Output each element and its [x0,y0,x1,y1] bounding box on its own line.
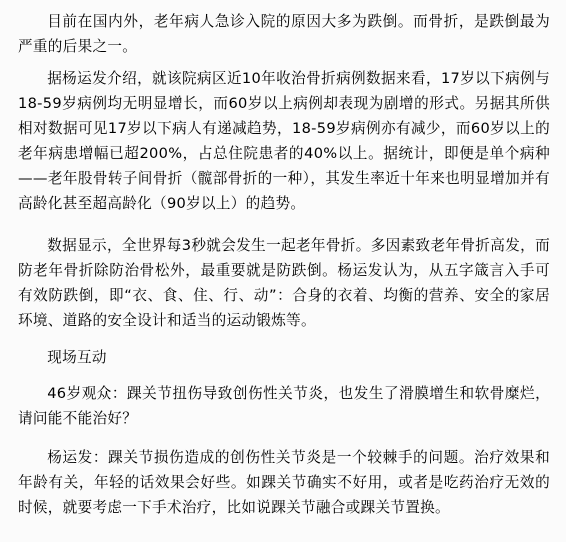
paragraph-prevention: 数据显示，全世界每3秒就会发生一起老年骨折。多因素致老年骨折高发，而防老年骨折除… [18,233,550,333]
paragraph-doctor-answer: 杨运发：踝关节损伤造成的创伤性关节炎是一个较棘手的问题。治疗效果和年龄有关，年轻… [18,445,550,520]
article-body: 目前在国内外，老年病人急诊入院的原因大多为跌倒。而骨折，是跌倒最为严重的后果之一… [0,0,566,542]
paragraph-fall-causes: 目前在国内外，老年病人急诊入院的原因大多为跌倒。而骨折，是跌倒最为严重的后果之一… [18,9,550,59]
section-heading-live-interaction: 现场互动 [18,345,550,370]
paragraph-fracture-statistics: 据杨运发介绍，就该院病区近10年收治骨折病例数据来看，17岁以下病例与18-59… [18,66,550,216]
paragraph-audience-question: 46岁观众：踝关节扭伤导致创伤性关节炎，也发生了滑膜增生和软骨糜烂，请问能不能治… [18,381,550,431]
